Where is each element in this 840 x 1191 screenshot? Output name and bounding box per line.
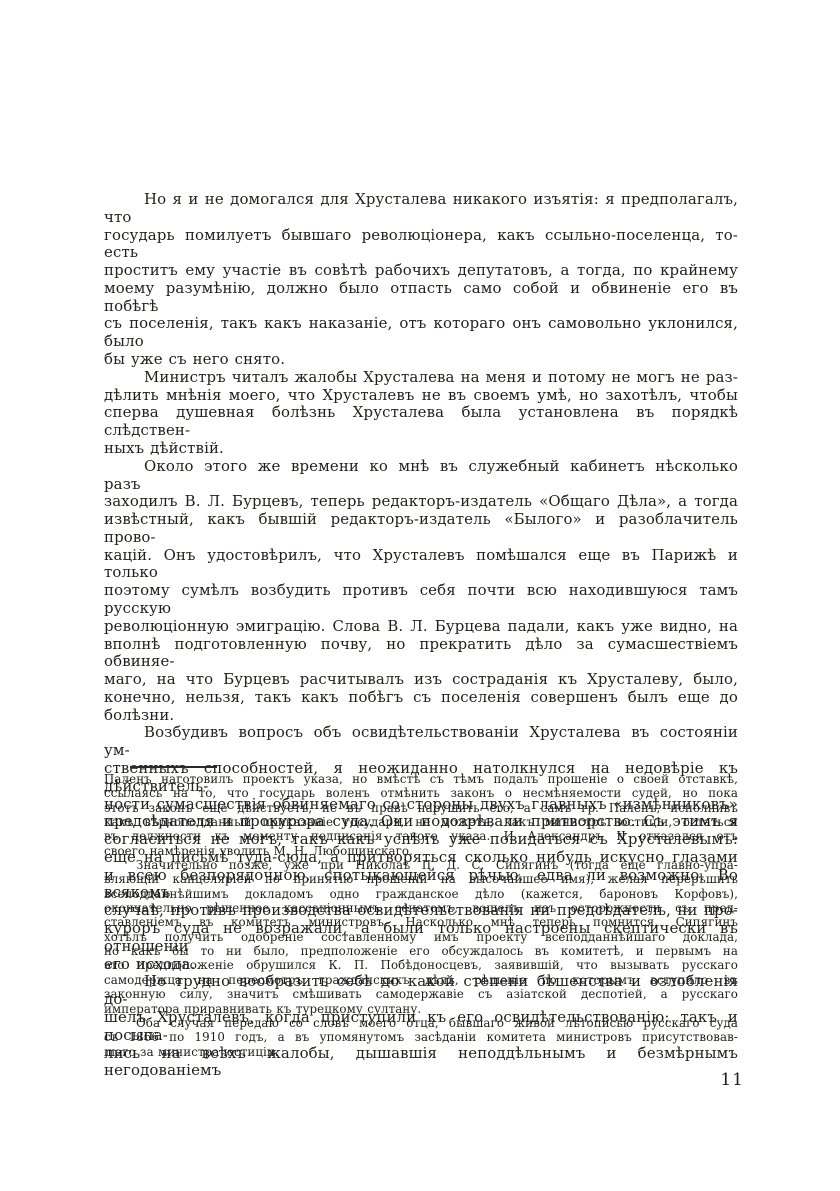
text-line: кацій. Онъ удостовѣрилъ, что Хрусталевъ … <box>104 547 738 583</box>
book-page: Но я и не домогался для Хрусталева никак… <box>0 0 840 1191</box>
text-line: Но я и не домогался для Хрусталева никак… <box>104 191 738 227</box>
text-line: Возбудивъ вопросъ объ освидѣтельствовані… <box>104 724 738 760</box>
text-line: бы уже съ него снято. <box>104 351 738 369</box>
text-line: ссылаясь на то, что государь воленъ отмѣ… <box>104 786 738 800</box>
text-line: проститъ ему участіе въ совѣтѣ рабочихъ … <box>104 262 738 280</box>
text-line: шаго за министра юстиціи. <box>104 1045 738 1059</box>
text-line: это предположеніе обрушился К. П. Побѣдо… <box>104 958 738 972</box>
text-line: ныхъ дѣйствій. <box>104 440 738 458</box>
text-line: сперва душевная болѣзнь Хрусталева была … <box>104 404 738 440</box>
footnote-separator-rule <box>130 766 217 768</box>
page-number: 11 <box>688 1070 744 1090</box>
footnote-block: Паленъ наготовилъ проектъ указа, но вмѣс… <box>104 772 738 1059</box>
text-line: конечно, нельзя, такъ какъ побѣгъ съ пос… <box>104 689 738 725</box>
text-line: Оба случая передаю со словъ моего отца, … <box>104 1016 738 1030</box>
text-line: дѣлить мнѣнія моего, что Хрусталевъ не в… <box>104 387 738 405</box>
text-line: окончательно рѣшенное кассаціоннымъ сена… <box>104 901 738 915</box>
text-line: государь помилуетъ бывшаго революціонера… <box>104 227 738 263</box>
text-line: Значительно позже, уже при Николаѣ II, Д… <box>104 858 738 872</box>
text-line: этотъ законъ еще дѣйствуетъ, не въ правѣ… <box>104 801 738 815</box>
text-line: вляющій канцеляріей по принятію прошеній… <box>104 872 738 886</box>
text-line: самодержца на пересмотръ гражданскихъ дѣ… <box>104 973 738 987</box>
text-line: ставленіемъ въ комитетъ министровъ. Наск… <box>104 915 738 929</box>
text-line: императора приравнивать къ турецкому сул… <box>104 1002 738 1016</box>
text-line: своего намѣренія уволить М. Н. Любощинск… <box>104 844 738 858</box>
text-line: Паленъ наготовилъ проектъ указа, но вмѣс… <box>104 772 738 786</box>
text-line: Около этого же времени ко мнѣ въ служебн… <box>104 458 738 494</box>
text-line: съ 1866 по 1910 годъ, а въ упомянутомъ з… <box>104 1030 738 1044</box>
text-line: но какъ бы то ни было, предположеніе его… <box>104 944 738 958</box>
text-line: Министръ читалъ жалобы Хрусталева на мен… <box>104 369 738 387</box>
text-line: извѣстный, какъ бывшій редакторъ-издател… <box>104 511 738 547</box>
text-line: заходилъ В. Л. Бурцевъ, теперь редакторъ… <box>104 493 738 511</box>
text-line: маго, на что Бурцевъ расчитывалъ изъ сос… <box>104 671 738 689</box>
text-line: всеподданнѣйшимъ докладомъ одно гражданс… <box>104 887 738 901</box>
text-line: съ поселенія, такъ какъ наказаніе, отъ к… <box>104 315 738 351</box>
text-line: въ должности къ моменту подписанія таког… <box>104 829 738 843</box>
text-line: вполнѣ подготовленную почву, но прекрати… <box>104 636 738 672</box>
text-line: революціонную эмиграцію. Слова В. Л. Бур… <box>104 618 738 636</box>
text-line: поэтому сумѣлъ возбудить противъ себя по… <box>104 582 738 618</box>
text-line: законную силу, значитъ смѣшивать самодер… <box>104 987 738 1001</box>
text-line: хотѣлъ получить одобреніе составленному … <box>104 930 738 944</box>
text-line: какъ вѣрноподданный приказаніе государя,… <box>104 815 738 829</box>
text-line: моему разумѣнію, должно было отпасть сам… <box>104 280 738 316</box>
